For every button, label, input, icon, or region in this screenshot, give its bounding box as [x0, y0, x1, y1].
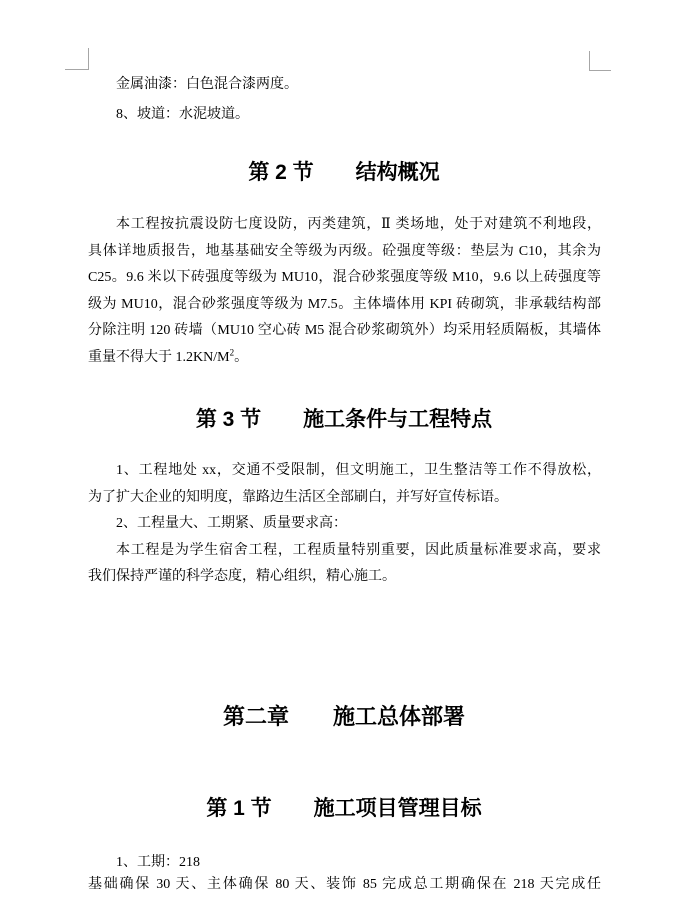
- duration-detail-line: 基础确保 30 天、主体确保 80 天、装饰 85 完成总工期确保在 218 天…: [88, 872, 601, 899]
- paragraph-line: 级为 MU10，混合砂浆强度等级为 M7.5。主体墙体用 KPI 砖砌筑，非承载…: [88, 292, 601, 319]
- sentence-end: 。: [234, 350, 248, 365]
- document-page: 金属油漆：白色混合漆两度。 8、坡道：水泥坡道。 第 2 节 结构概况 本工程按…: [0, 0, 688, 904]
- paragraph-line: 1、工程地处 xx，交通不受限制，但文明施工，卫生整洁等工作不得放松，: [88, 458, 601, 485]
- paragraph-line: 具体详地质报告，地基基础安全等级为丙级。砼强度等级：垫层为 C10，其余为: [88, 239, 601, 266]
- paragraph-line: 2、工程量大、工期紧、质量要求高：: [88, 511, 601, 538]
- paragraph-line: 为了扩大企业的知明度，靠路边生活区全部刷白，并写好宣传标语。: [88, 485, 601, 512]
- section-2-heading: 第 2 节 结构概况: [0, 160, 688, 186]
- chapter-2-heading: 第二章 施工总体部署: [0, 703, 688, 730]
- paragraph-line: C25。9.6 米以下砖强度等级为 MU10，混合砂浆强度等级 M10，9.6 …: [88, 265, 601, 292]
- section-2-paragraph: 本工程按抗震设防七度设防，丙类建筑，Ⅱ 类场地，处于对建筑不利地段， 具体详地质…: [88, 212, 601, 371]
- paragraph-line: 8、坡道：水泥坡道。: [88, 102, 601, 129]
- wall-weight-text: 重量不得大于 1.2KN/M: [88, 350, 230, 365]
- carryover-paragraph: 金属油漆：白色混合漆两度。: [88, 72, 601, 99]
- section-3-heading: 第 3 节 施工条件与工程特点: [0, 407, 688, 433]
- margin-corner-mark-top-left-icon: [65, 48, 89, 70]
- paragraph-line: 我们保持严谨的科学态度，精心组织，精心施工。: [88, 564, 601, 591]
- schedule-paragraph: 基础确保 30 天、主体确保 80 天、装饰 85 完成总工期确保在 218 天…: [88, 872, 601, 899]
- carryover-paragraph: 8、坡道：水泥坡道。: [88, 102, 601, 129]
- margin-corner-mark-top-right-icon: [589, 51, 611, 71]
- paragraph-line: 分除注明 120 砖墙（MU10 空心砖 M5 混合砂浆砌筑外）均采用轻质隔板，…: [88, 318, 601, 345]
- paragraph-line: 金属油漆：白色混合漆两度。: [88, 72, 601, 99]
- section-1-heading: 第 1 节 施工项目管理目标: [0, 796, 688, 822]
- paragraph-line: 重量不得大于 1.2KN/M2。: [88, 345, 601, 372]
- section-3-paragraph: 1、工程地处 xx，交通不受限制，但文明施工，卫生整洁等工作不得放松， 为了扩大…: [88, 458, 601, 591]
- paragraph-line: 本工程是为学生宿舍工程，工程质量特别重要，因此质量标准要求高，要求: [88, 538, 601, 565]
- paragraph-line: 本工程按抗震设防七度设防，丙类建筑，Ⅱ 类场地，处于对建筑不利地段，: [88, 212, 601, 239]
